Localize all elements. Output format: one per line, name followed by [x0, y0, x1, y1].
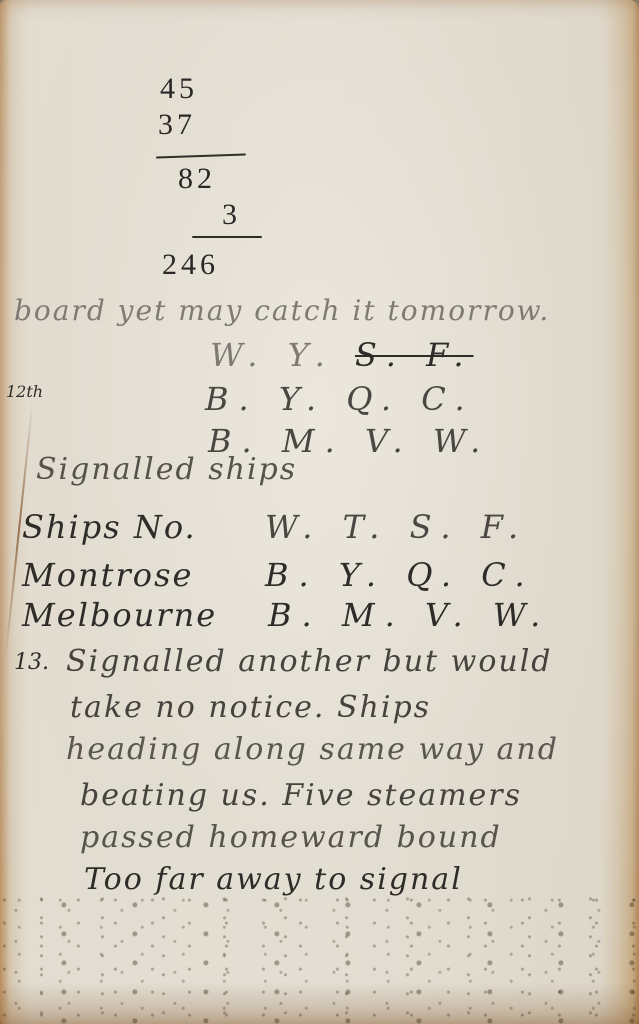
code-row-1: W. Y. S. F.	[210, 336, 474, 374]
sum-result: 246	[162, 248, 219, 282]
ship-code-montrose: B. Y. Q. C.	[265, 556, 535, 594]
ship-code-melbourne: B. M. V. W.	[268, 596, 550, 634]
paragraph-line-2: take no notice. Ships	[70, 690, 431, 725]
paragraph-line-1: Signalled another but would	[66, 644, 553, 679]
date-13: 13.	[14, 650, 49, 675]
code-row-1-letters: W. Y.	[210, 336, 335, 374]
paragraph-line-5: passed homeward bound	[80, 820, 502, 855]
sum-rule-1	[156, 153, 246, 158]
ships-header-code: W. T. S. F.	[265, 508, 528, 546]
paragraph-line-4: beating us. Five steamers	[80, 778, 522, 813]
margin-date: 12th	[6, 382, 43, 401]
ship-name-montrose: Montrose	[22, 556, 193, 594]
code-row-2: B. Y. Q. C.	[205, 380, 475, 418]
ship-name-melbourne: Melbourne	[22, 596, 217, 634]
diary-page: 45 37 82 3 246 board yet may catch it to…	[0, 0, 639, 1024]
paragraph-line-3: heading along same way and	[66, 732, 559, 767]
sum-line-3: 82	[178, 162, 216, 196]
paragraph-line-6: Too far away to signal	[84, 862, 463, 897]
sum-line-1: 45	[160, 72, 198, 106]
heading-signalled-ships: Signalled ships	[36, 452, 297, 487]
sum-line-4: 3	[222, 198, 241, 232]
pencil-note: board yet may catch it tomorrow.	[14, 294, 550, 327]
sum-rule-2	[192, 236, 262, 238]
sum-line-2: 37	[158, 108, 196, 142]
code-row-1-struck: S. F.	[355, 336, 474, 374]
ships-header-label: Ships No.	[22, 508, 197, 546]
